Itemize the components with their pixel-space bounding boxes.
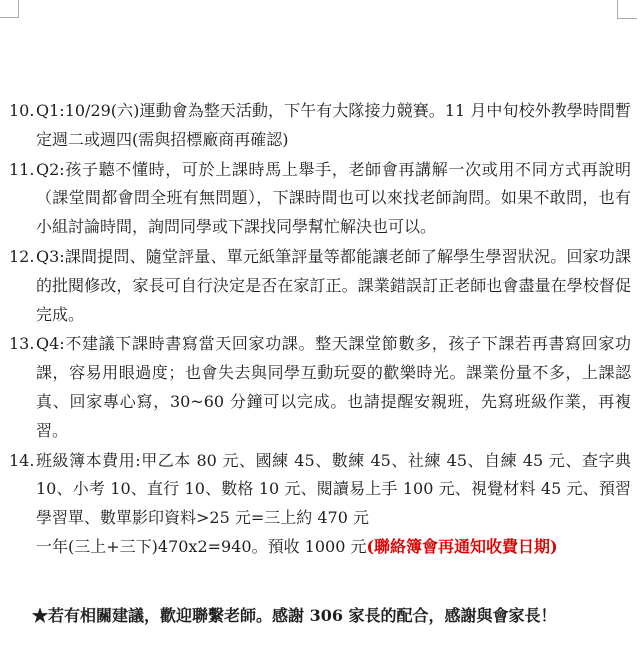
item-text: Q3:課間提問、隨堂評量、單元紙筆評量等都能讓老師了解學生學習狀況。回家功課的批…: [36, 243, 631, 329]
item-number: 11.: [9, 156, 36, 242]
list-item-12: 12. Q3:課間提問、隨堂評量、單元紙筆評量等都能讓老師了解學生學習狀況。回家…: [9, 243, 631, 329]
list-item-13: 13. Q4:不建議下課時書寫當天回家功課。整天課堂節數多，孩子下課若再書寫回家…: [9, 330, 631, 445]
item-text: Q1:10/29(六)運動會為整天活動，下午有大隊接力競賽。11 月中旬校外教學…: [36, 97, 631, 155]
fees-paragraph: 班級簿本費用:甲乙本 80 元、國練 45、數練 45、社練 45、自練 45 …: [36, 451, 631, 528]
item-text: 班級簿本費用:甲乙本 80 元、國練 45、數練 45、社練 45、自練 45 …: [36, 447, 631, 562]
list-item-11: 11. Q2:孩子聽不懂時，可於上課時馬上舉手，老師會再講解一次或用不同方式再說…: [9, 156, 631, 242]
item-number: 10.: [9, 97, 36, 155]
yearly-total-text: 一年(三上+三下)470x2=940。預收 1000 元: [36, 537, 366, 556]
item-number: 14.: [9, 447, 36, 562]
item-text: Q2:孩子聽不懂時，可於上課時馬上舉手，老師會再講解一次或用不同方式再說明（課堂…: [36, 156, 631, 242]
item-text: Q4:不建議下課時書寫當天回家功課。整天課堂節數多，孩子下課若再書寫回家功課，容…: [36, 330, 631, 445]
payment-notice-red-text: (聯絡簿會再通知收費日期): [366, 537, 557, 556]
margin-corner-mark-top-right: [617, 0, 637, 19]
footer-note: ★若有相關建議，歡迎聯繫老師。感謝 306 家長的配合，感謝與會家長！: [9, 602, 631, 631]
item-number: 12.: [9, 243, 36, 329]
list-item-14: 14. 班級簿本費用:甲乙本 80 元、國練 45、數練 45、社練 45、自練…: [9, 447, 631, 562]
document-body: 10. Q1:10/29(六)運動會為整天活動，下午有大隊接力競賽。11 月中旬…: [9, 97, 631, 631]
item-number: 13.: [9, 330, 36, 445]
margin-corner-mark-top-left: [0, 0, 19, 18]
list-item-10: 10. Q1:10/29(六)運動會為整天活動，下午有大隊接力競賽。11 月中旬…: [9, 97, 631, 155]
